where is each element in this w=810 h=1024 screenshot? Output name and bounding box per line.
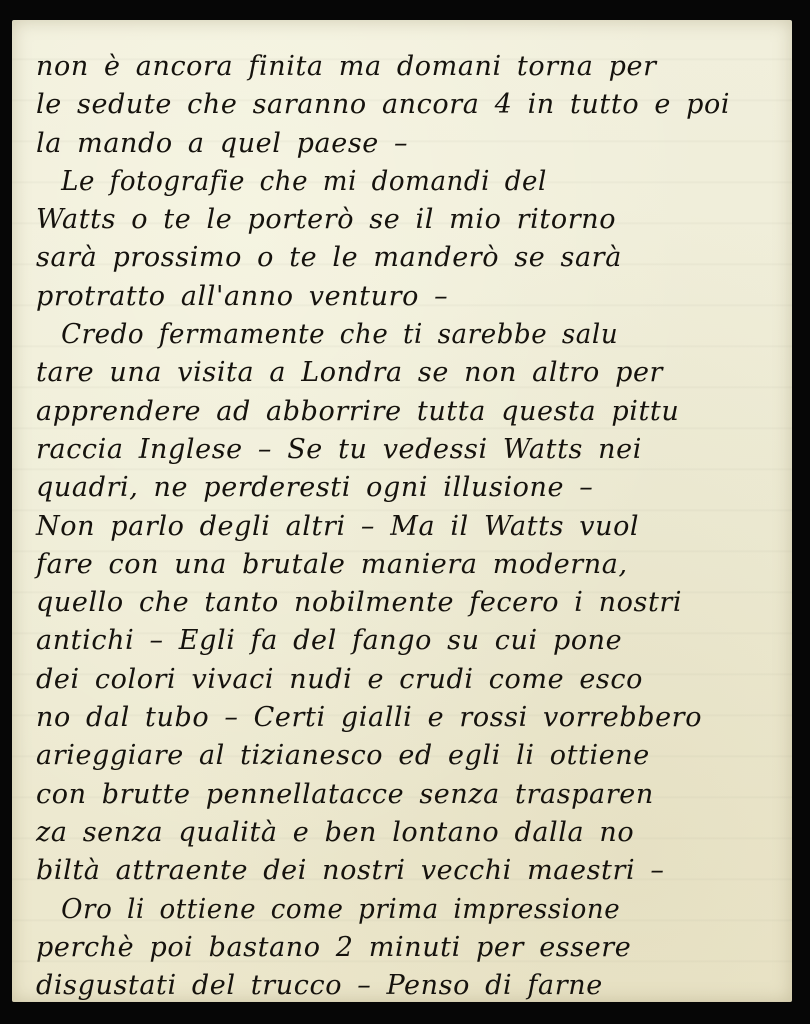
letter-page: non è ancora finita ma domani torna perl… xyxy=(12,20,792,1002)
letter-body: non è ancora finita ma domani torna perl… xyxy=(36,48,776,1005)
handwritten-line: Le fotografie che mi domandi del xyxy=(36,163,750,201)
handwritten-line: apprendere ad abborrire tutta questa pit… xyxy=(36,393,776,431)
handwritten-line: non è ancora finita ma domani torna per xyxy=(36,48,776,86)
handwritten-line: dei colori vivaci nudi e crudi come esco xyxy=(36,661,776,699)
handwritten-line: antichi – Egli fa del fango su cui pone xyxy=(36,622,776,660)
handwritten-line: la mando a quel paese – xyxy=(36,125,776,163)
handwritten-line: no dal tubo – Certi gialli e rossi vorre… xyxy=(36,699,776,737)
handwritten-line: fare con una brutale maniera moderna, xyxy=(36,546,776,584)
handwritten-line: perchè poi bastano 2 minuti per essere xyxy=(36,929,776,967)
scan-frame: non è ancora finita ma domani torna perl… xyxy=(0,0,810,1024)
handwritten-line: Oro li ottiene come prima impressione xyxy=(36,891,750,929)
handwritten-line: tare una visita a Londra se non altro pe… xyxy=(36,354,776,392)
handwritten-line: arieggiare al tizianesco ed egli li otti… xyxy=(36,737,776,775)
handwritten-line: Watts o te le porterò se il mio ritorno xyxy=(36,201,776,239)
handwritten-line: za senza qualità e ben lontano dalla no xyxy=(36,814,776,852)
handwritten-line: quello che tanto nobilmente fecero i nos… xyxy=(36,584,776,622)
handwritten-line: le sedute che saranno ancora 4 in tutto … xyxy=(36,86,776,124)
handwritten-line: raccia Inglese – Se tu vedessi Watts nei xyxy=(36,431,776,469)
handwritten-line: biltà attraente dei nostri vecchi maestr… xyxy=(36,852,776,890)
handwritten-line: Non parlo degli altri – Ma il Watts vuol xyxy=(36,508,776,546)
handwritten-line: Credo fermamente che ti sarebbe salu xyxy=(36,316,750,354)
handwritten-line: sarà prossimo o te le manderò se sarà xyxy=(36,239,776,277)
handwritten-line: quadri, ne perderesti ogni illusione – xyxy=(36,469,776,507)
handwritten-line: con brutte pennellatacce senza trasparen xyxy=(36,776,776,814)
handwritten-line: protratto all'anno venturo – xyxy=(36,278,776,316)
handwritten-line: disgustati del trucco – Penso di farne xyxy=(36,967,776,1005)
